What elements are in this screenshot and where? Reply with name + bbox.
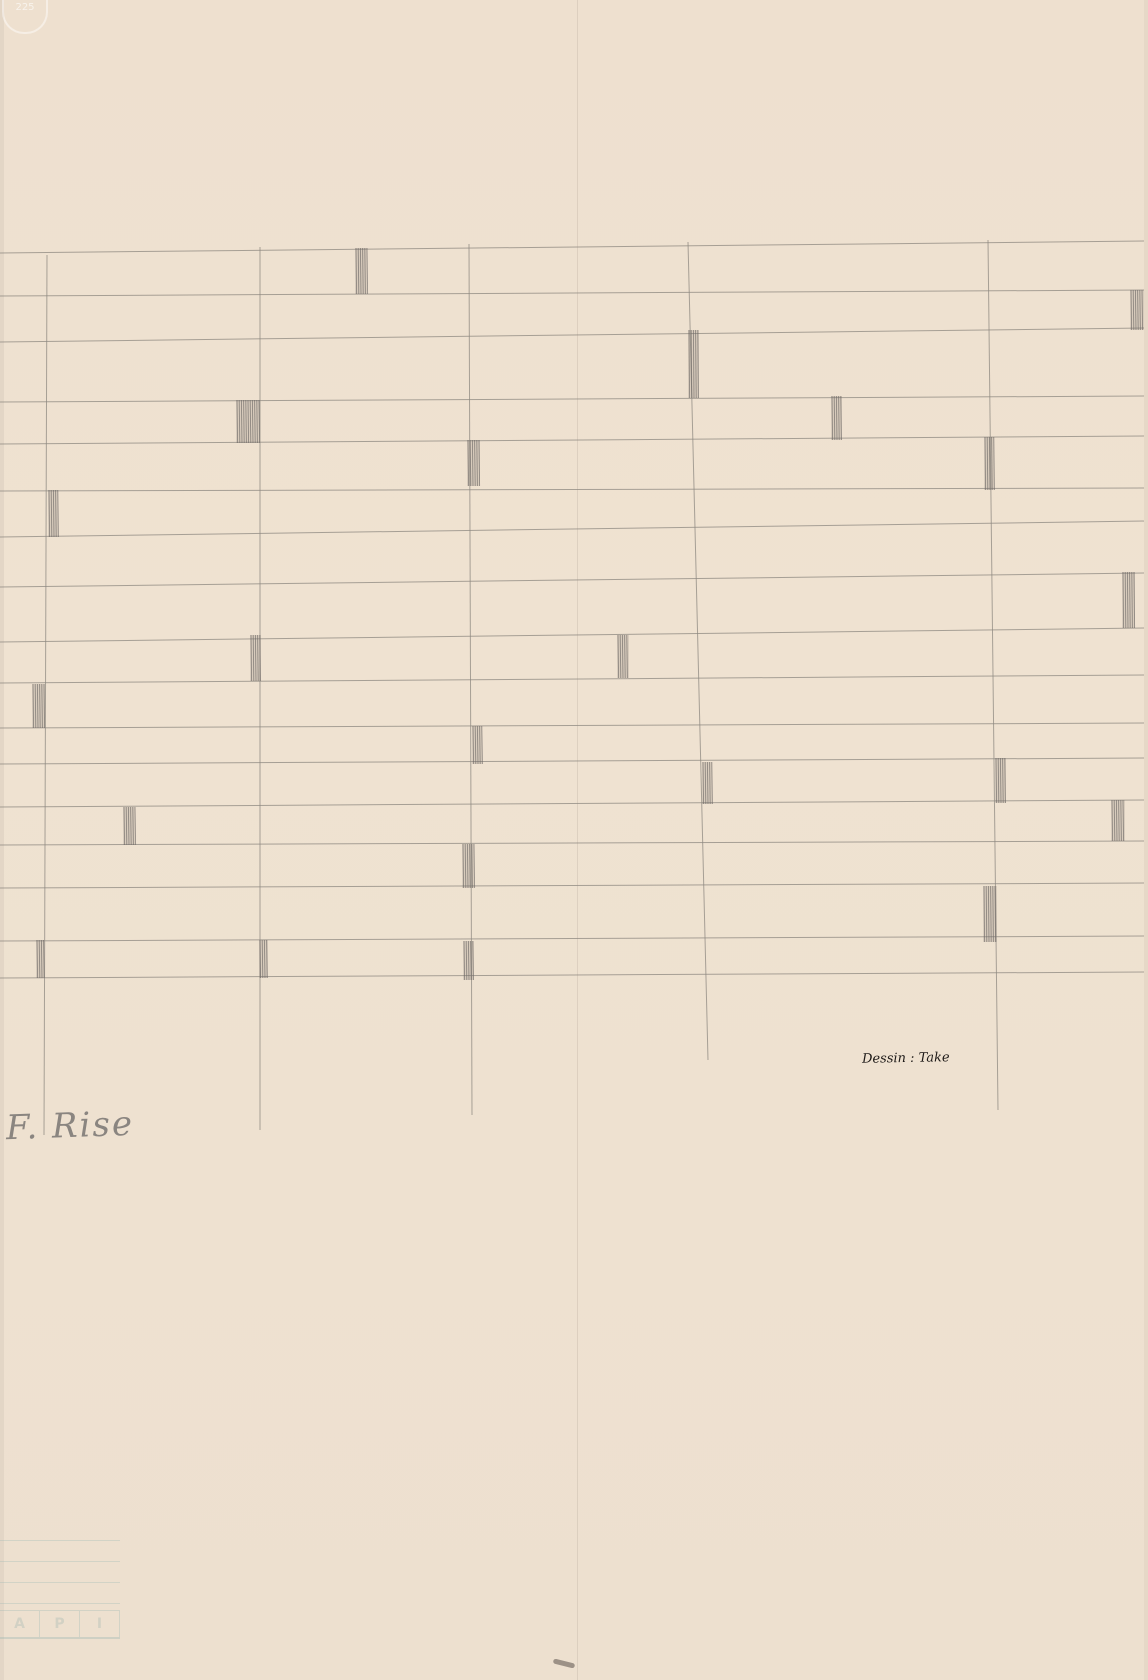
horizontal-grid-line [0,936,1148,941]
archive-stamp-box: I [80,1611,120,1637]
hatched-block [355,248,368,294]
hatched-block [831,396,842,440]
hatched-block [983,886,997,942]
horizontal-grid-line [0,883,1148,888]
archive-stamp-box: P [40,1611,80,1637]
horizontal-grid-line [0,521,1148,537]
vertical-grid-line [988,240,998,1110]
hatched-block [32,684,45,728]
hatched-block [995,758,1006,803]
hatched-block [617,635,629,678]
hatched-block [1122,572,1135,628]
horizontal-grid-line [0,628,1148,642]
archive-stamp-box: A [0,1611,40,1637]
horizontal-grid-line [0,328,1148,342]
vertical-grid-lines [44,240,998,1135]
drawing-sheet: 225 Dessin : Take F. Rise A P I [0,0,1148,1680]
horizontal-grid-line [0,290,1148,296]
artist-signature: F. Rise [5,1104,134,1148]
archive-stamp-row [0,1541,120,1562]
hatched-block [48,490,58,537]
hatched-block [36,940,44,978]
hatched-block [472,726,482,764]
horizontal-grid-line [0,972,1148,978]
hatched-block [1130,290,1144,330]
horizontal-grid-line [0,241,1148,253]
horizontal-grid-line [0,800,1148,807]
hatched-block [462,844,475,888]
horizontal-grid-line [0,396,1148,402]
credit-text: Dessin : Take [862,1050,950,1067]
hatched-block [463,941,474,980]
hatched-block [259,940,268,978]
hatched-block [1111,800,1125,841]
archive-stamp-boxes: A P I [0,1610,120,1639]
horizontal-grid-line [0,436,1148,444]
archive-stamp-row [0,1520,120,1541]
hatched-block [467,440,480,486]
hatched-block [688,330,699,398]
archive-stamp-row [0,1583,120,1604]
hatched-block [236,400,260,443]
hatched-block [250,635,261,681]
hatched-block [702,762,712,804]
archive-stamp: A P I [0,1520,120,1670]
hatched-block [984,437,994,490]
pencil-grid-drawing [0,0,1148,1680]
horizontal-grid-line [0,675,1148,683]
horizontal-grid-line [0,488,1148,491]
archive-stamp-row [0,1562,120,1583]
horizontal-grid-line [0,758,1148,764]
horizontal-grid-lines [0,241,1148,978]
hatched-blocks [32,248,1144,980]
horizontal-grid-line [0,573,1148,587]
horizontal-grid-line [0,723,1148,728]
horizontal-grid-line [0,841,1148,845]
hatched-block [123,807,136,845]
